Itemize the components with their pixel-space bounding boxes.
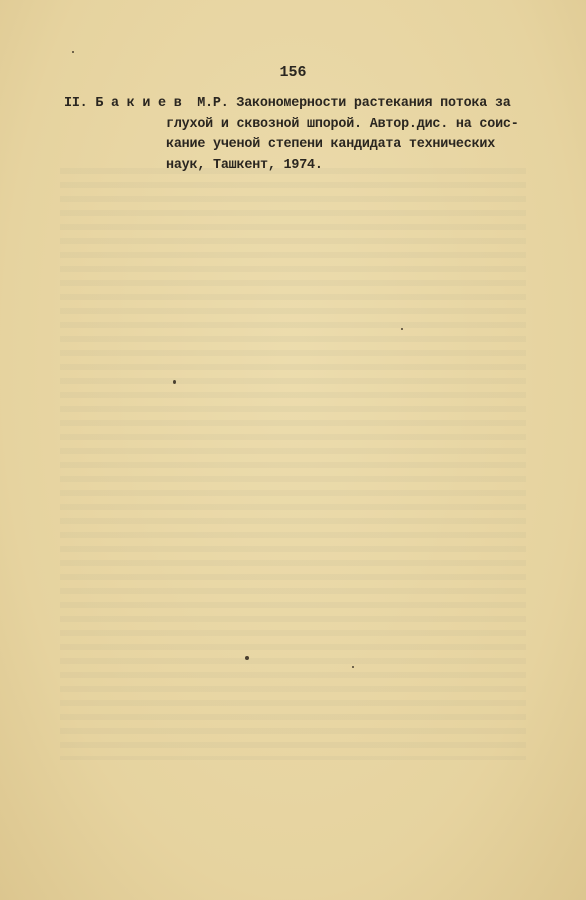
paper-speck (72, 51, 74, 53)
entry-line-3: кание ученой степени кандидата техническ… (64, 135, 534, 156)
paper-speck (352, 666, 354, 668)
paper-speck (173, 380, 176, 384)
entry-line-2: глухой и сквозной шпорой. Автор.дис. на … (64, 115, 534, 136)
bibliography-entry: II. Б а к и е в М.Р. Закономерности раст… (64, 94, 534, 176)
page-number: 156 (0, 64, 586, 81)
paper-speck (401, 328, 403, 330)
document-page: 156 II. Б а к и е в М.Р. Закономерности … (0, 0, 586, 900)
paper-speck (245, 656, 249, 660)
entry-line-4: наук, Ташкент, 1974. (64, 156, 534, 177)
bleed-through-text (60, 160, 526, 760)
entry-line-1: II. Б а к и е в М.Р. Закономерности раст… (64, 94, 534, 115)
